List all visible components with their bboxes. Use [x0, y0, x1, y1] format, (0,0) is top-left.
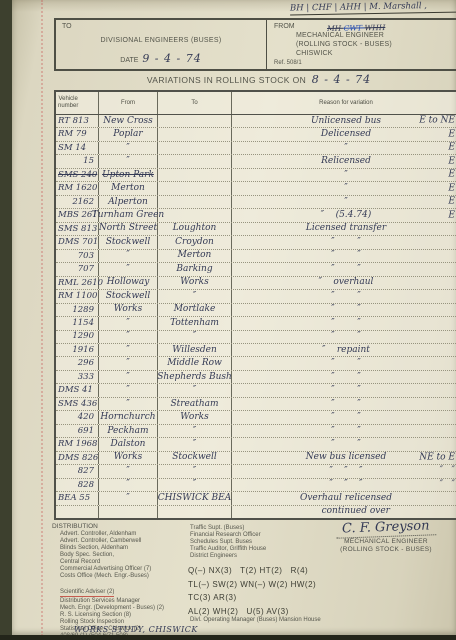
- title-date-handwritten: 8 - 4 - 74: [312, 73, 371, 86]
- garage-code-counts: Q(–) NX(3) T(2) HT(2) R(4)TL(–) SW(2) WN…: [188, 564, 316, 618]
- cell-reason-text: ″ overhaul: [319, 278, 374, 287]
- cell-vehicle-text: RT 813: [58, 117, 89, 126]
- licence-status-note: E: [448, 198, 455, 207]
- recipient-item: Traffic Auditor, Griffith House: [190, 546, 266, 553]
- cell-to-text: Barking: [176, 265, 212, 274]
- cell-reason-text: Delicensed: [321, 130, 371, 139]
- cell-vehicle: 828: [56, 479, 99, 491]
- cell-vehicle-text: 333: [78, 373, 94, 382]
- cell-from: Turnham Green: [99, 209, 158, 221]
- cell-vehicle: 15: [56, 155, 99, 167]
- cell-to: Works: [158, 277, 232, 289]
- table-row: continued over: [56, 506, 456, 518]
- cell-reason-text: ″ ″: [331, 359, 361, 368]
- cell-to: [158, 115, 232, 127]
- cell-from: Poplar: [99, 128, 158, 140]
- cell-vehicle-text: RM 79: [58, 130, 87, 139]
- cell-to: ″: [158, 425, 232, 437]
- cell-from-text: Poplar: [113, 130, 142, 139]
- distribution-items: Advert. Controller, AldenhamAdvert. Cont…: [52, 531, 192, 640]
- cell-vehicle: RT 813: [56, 115, 99, 127]
- cell-from-text: North Street: [99, 224, 157, 233]
- cell-reason-text: New bus licensed: [306, 453, 386, 462]
- cell-vehicle: 333: [56, 371, 99, 383]
- cell-reason: ″ ″: [232, 357, 456, 369]
- cell-vehicle: DMS 701: [56, 236, 99, 248]
- from-line-1: MECHANICAL ENGINEER: [296, 32, 384, 39]
- table-row: 1916″Willesden″ repaint: [56, 344, 456, 357]
- cell-to: [158, 128, 232, 140]
- cell-to-text: ″: [193, 440, 196, 449]
- table-row: 420HornchurchWorks″ ″: [56, 411, 456, 424]
- cell-vehicle-text: 1289: [72, 306, 94, 315]
- cell-to: Tottenham: [158, 317, 232, 329]
- cell-reason-text: ″: [344, 144, 347, 153]
- table-row: 707″Barking″ ″: [56, 263, 456, 276]
- cell-to-text: Loughton: [173, 224, 217, 233]
- cell-reason: RelicensedE: [232, 155, 456, 167]
- cell-vehicle-text: 420: [78, 413, 94, 422]
- cell-reason-text: ″: [344, 184, 347, 193]
- cell-to: Shepherds Bush: [158, 371, 232, 383]
- cell-vehicle: DMS 41: [56, 384, 99, 396]
- cell-from: ″: [99, 357, 158, 369]
- cell-vehicle-text: 703: [78, 252, 94, 261]
- table-row: 1290″″″ ″: [56, 331, 456, 344]
- cell-to: ″: [158, 465, 232, 477]
- cell-from: ″: [99, 479, 158, 491]
- cell-vehicle: 1916: [56, 344, 99, 356]
- cell-from: ″: [99, 250, 158, 262]
- cell-to-text: ″: [193, 427, 196, 436]
- table-row: RM 1620Merton″E: [56, 182, 456, 195]
- cell-reason: ″ ″: [232, 263, 456, 275]
- licence-status-note: E to NE: [419, 117, 455, 126]
- cell-reason-text: ″: [344, 171, 347, 180]
- cell-to-text: Merton: [178, 251, 212, 260]
- cell-vehicle: SMS 436: [56, 398, 99, 410]
- cell-vehicle: 691: [56, 425, 99, 437]
- cell-from: Works: [99, 304, 158, 316]
- table-row: 1289WorksMortlake″ ″: [56, 304, 456, 317]
- cell-from-text: ″: [126, 157, 129, 166]
- table-row: 691Peckham″″ ″: [56, 425, 456, 438]
- cell-to-text: CHISWICK BEA: [158, 494, 231, 503]
- cell-to: Merton: [158, 250, 232, 262]
- garage-code-line: Q(–) NX(3) T(2) HT(2) R(4): [188, 564, 316, 578]
- distribution-item: Costs Office (Mech. Engr.-Buses): [52, 573, 192, 580]
- cell-vehicle: [56, 506, 99, 518]
- cell-vehicle-text: 707: [78, 265, 94, 274]
- distribution-list: DISTRIBUTION Advert. Controller, Aldenha…: [52, 523, 192, 640]
- cell-vehicle-text: RM 1968: [58, 440, 97, 449]
- cell-vehicle: 707: [56, 263, 99, 275]
- cell-reason-text: Relicensed: [321, 157, 371, 166]
- cell-reason: Overhaul relicensed: [232, 492, 456, 504]
- distribution-item: Mech. Engr. (Development - Buses) (2): [52, 605, 192, 612]
- cell-to: Streatham: [158, 398, 232, 410]
- cell-vehicle-text: DMS 41: [58, 386, 93, 395]
- cell-from-text: Works: [114, 453, 142, 462]
- table-header-row: Vehiclenumber From To Reason for variati…: [56, 92, 456, 115]
- cell-from: Holloway: [99, 277, 158, 289]
- cell-from: Works: [99, 452, 158, 464]
- cell-reason: ″ ″: [232, 331, 456, 343]
- table-row: DMS 826WorksStockwellNew bus licensedNE …: [56, 452, 456, 465]
- cell-reason: continued over: [232, 506, 456, 518]
- table-row: 333″Shepherds Bush″ ″: [56, 371, 456, 384]
- cell-to: [158, 182, 232, 194]
- cell-to-text: Works: [180, 278, 208, 287]
- cell-to: [158, 196, 232, 208]
- cell-vehicle: DMS 826: [56, 452, 99, 464]
- cell-reason: ″ ″ ″″ ″: [232, 479, 456, 491]
- cell-from-text: Stockwell: [106, 292, 150, 301]
- cell-vehicle-text: 296: [78, 359, 94, 368]
- column-header-reason: Reason for variation: [232, 92, 456, 114]
- garage-code-line: AL(2) WH(2) U(5) AV(3): [188, 605, 316, 619]
- cell-to: Mortlake: [158, 304, 232, 316]
- distribution-item: Distribution Services Manager: [52, 598, 192, 605]
- distribution-item: R. S. Licensing Section (8): [52, 612, 192, 619]
- cell-reason-text: ″ ″: [331, 251, 361, 260]
- cell-vehicle-text: 828: [78, 481, 94, 490]
- page-title: VARIATIONS IN ROLLING STOCK ON 8 - 4 - 7…: [54, 73, 456, 86]
- table-row: MBS 261Turnham Green″ (5.4.74)E: [56, 209, 456, 222]
- handwritten-works-study: WORKS STUDY, CHISWICK: [74, 625, 198, 634]
- cell-from: ″: [99, 344, 158, 356]
- cell-to: Middle Row: [158, 357, 232, 369]
- column-header-to: To: [158, 92, 232, 114]
- from-line-3: CHISWICK: [296, 50, 333, 57]
- cell-from-text: Stockwell: [106, 238, 150, 247]
- table-row: RM 1100Stockwell″″ ″: [56, 290, 456, 303]
- table-row: 1154″Tottenham″ ″: [56, 317, 456, 330]
- cell-reason: ″ ″: [232, 411, 456, 423]
- cell-from-text: Upton Park: [102, 171, 154, 180]
- rolling-stock-table: Vehiclenumber From To Reason for variati…: [54, 90, 456, 520]
- cell-from-text: ″: [126, 319, 129, 328]
- cell-to: ″: [158, 479, 232, 491]
- date-label: DATE: [120, 57, 138, 64]
- distribution-item: Advert. Controller, Aldenham: [52, 531, 192, 538]
- cell-to-text: ″: [193, 467, 196, 476]
- cell-from: Merton: [99, 182, 158, 194]
- cell-to: Croydon: [158, 236, 232, 248]
- paper-sheet: BH | CHF | AHH | M. Marshall , MH CWT WH…: [12, 0, 456, 636]
- cell-vehicle-text: 15: [83, 157, 94, 166]
- divl-operating-manager-line: Divl. Operating Manager (Buses) Mansion …: [190, 617, 321, 623]
- cell-to: Willesden: [158, 344, 232, 356]
- cell-vehicle-text: 827: [78, 467, 94, 476]
- cell-from: Dalston: [99, 438, 158, 450]
- cell-from-text: ″: [126, 332, 129, 341]
- cell-reason: ″ ″: [232, 290, 456, 302]
- cell-reason: ″ ″: [232, 425, 456, 437]
- cell-reason-text: Unlicensed bus: [311, 117, 381, 126]
- cell-vehicle: 1290: [56, 331, 99, 343]
- cell-to: ″: [158, 384, 232, 396]
- cell-from-text: Turnham Green: [92, 211, 164, 220]
- cell-from-text: ″: [126, 400, 129, 409]
- cell-to: CHISWICK BEA: [158, 492, 232, 504]
- distribution-item: Blinds Section, Aldenham: [52, 545, 192, 552]
- cell-reason: ″ ″: [232, 384, 456, 396]
- table-row: SMS 436″Streatham″ ″: [56, 398, 456, 411]
- table-row: SMS 240Upton Park″E: [56, 169, 456, 182]
- cell-to-text: Willesden: [172, 346, 217, 355]
- cell-from: Stockwell: [99, 236, 158, 248]
- cell-from-text: ″: [126, 346, 129, 355]
- cell-vehicle: SMS 813: [56, 223, 99, 235]
- table-row: 703″Merton″ ″: [56, 250, 456, 263]
- to-label: TO: [62, 23, 72, 30]
- table-row: RM 79PoplarDelicensedE: [56, 128, 456, 141]
- distribution-item: Advert. Controller, Camberwell: [52, 538, 192, 545]
- licence-status-note: E: [448, 130, 455, 139]
- cell-reason-text: ″ ″: [331, 238, 361, 247]
- cell-reason: ″E: [232, 169, 456, 181]
- cell-from-text: Peckham: [107, 427, 148, 436]
- cell-to-text: Stockwell: [172, 453, 216, 462]
- cell-to: Works: [158, 411, 232, 423]
- cell-to-text: ″: [193, 332, 196, 341]
- cell-vehicle: RML 2610: [56, 277, 99, 289]
- cell-to: ″: [158, 290, 232, 302]
- cell-vehicle-text: 1916: [72, 346, 94, 355]
- recipient-item: Financial Research Officer: [190, 532, 266, 539]
- from-line-2: (ROLLING STOCK - BUSES): [296, 41, 392, 48]
- cell-reason-text: ″ repaint: [322, 346, 370, 355]
- cell-reason: ″E: [232, 182, 456, 194]
- table-row: BEA 55″CHISWICK BEAOverhaul relicensed: [56, 492, 456, 505]
- table-row: DMS 701StockwellCroydon″ ″: [56, 236, 456, 249]
- licence-status-note: E: [448, 211, 455, 220]
- cell-reason-text: ″ ″: [331, 373, 361, 382]
- cell-vehicle: RM 1968: [56, 438, 99, 450]
- table-row: 828″″″ ″ ″″ ″: [56, 479, 456, 492]
- cell-reason-text: ″ ″: [331, 400, 361, 409]
- distribution-item: Body Spec. Section,: [52, 552, 192, 559]
- cell-from-text: ″: [126, 386, 129, 395]
- cell-reason: ″E: [232, 196, 456, 208]
- licence-status-note: ″ ″: [440, 480, 455, 489]
- cell-reason-text: ″ ″: [331, 413, 361, 422]
- cell-from-text: ″: [126, 144, 129, 153]
- cell-from: Upton Park: [99, 169, 158, 181]
- cell-from: ″: [99, 371, 158, 383]
- cell-reason: New bus licensedNE to E: [232, 452, 456, 464]
- cell-vehicle-text: RM 1620: [58, 184, 97, 193]
- cell-from-text: Alperton: [108, 198, 148, 207]
- cell-reason: ″ ″ ″″ ″: [232, 465, 456, 477]
- cell-from: Peckham: [99, 425, 158, 437]
- cell-reason-text: ″ ″: [331, 265, 361, 274]
- licence-status-note: E: [448, 144, 455, 153]
- recipient-item: Traffic Supt. (Buses): [190, 525, 266, 532]
- cell-from: ″: [99, 465, 158, 477]
- cell-to-text: ″: [193, 480, 196, 489]
- cell-from: ″: [99, 155, 158, 167]
- cell-vehicle-text: DMS 826: [58, 454, 98, 463]
- licence-status-note: ″ ″: [440, 467, 455, 476]
- column-header-vehicle: Vehiclenumber: [56, 92, 99, 114]
- licence-status-note: E: [448, 157, 455, 166]
- licence-status-note: NE to E: [419, 453, 455, 462]
- signatory-title-2: (ROLLING STOCK - BUSES): [308, 546, 456, 553]
- cell-reason-text: ″ ″: [331, 319, 361, 328]
- cell-reason-text: ″ ″: [331, 292, 361, 301]
- table-row: SM 14″″E: [56, 142, 456, 155]
- cell-from: ″: [99, 331, 158, 343]
- cell-from: ″: [99, 263, 158, 275]
- signatory-title-1: MECHANICAL ENGINEER: [308, 538, 456, 545]
- cell-vehicle-text: SMS 436: [58, 400, 97, 409]
- cell-from: ″: [99, 142, 158, 154]
- cell-reason-text: Licensed transfer: [306, 224, 386, 233]
- margin-guide-line: [41, 0, 43, 636]
- table-body: RT 813New CrossUnlicensed busE to NERM 7…: [56, 115, 456, 518]
- cell-reason-text: ″ (5.4.74): [321, 211, 371, 220]
- cell-from-text: Hornchurch: [100, 413, 155, 422]
- table-row: DMS 41″″″ ″: [56, 384, 456, 397]
- distribution-item: Commercial Advertising Officer (7): [52, 566, 192, 573]
- recipient-item: District Engineers: [190, 553, 266, 560]
- cell-to: [158, 209, 232, 221]
- cell-from: Stockwell: [99, 290, 158, 302]
- scan-bottom-edge: [0, 635, 456, 640]
- cell-reason: ″ repaint: [232, 344, 456, 356]
- cell-vehicle-text: RM 1100: [58, 292, 97, 301]
- date-line: DATE 9 - 4 - 74: [56, 52, 266, 65]
- cell-vehicle: SM 14: [56, 142, 99, 154]
- distribution-item: Central Record: [52, 559, 192, 566]
- cell-from-text: ″: [126, 480, 129, 489]
- cell-vehicle-text: 1154: [72, 319, 94, 328]
- table-row: RT 813New CrossUnlicensed busE to NE: [56, 115, 456, 128]
- cell-vehicle: SMS 240: [56, 169, 99, 181]
- scanned-document: BH | CHF | AHH | M. Marshall , MH CWT WH…: [0, 0, 456, 640]
- cell-reason: ″ ″: [232, 317, 456, 329]
- cell-vehicle-text: DMS 701: [58, 238, 98, 247]
- cell-reason-text: continued over: [322, 507, 390, 516]
- cell-reason: ″ (5.4.74)E: [232, 209, 456, 221]
- cell-reason: Unlicensed busE to NE: [232, 115, 456, 127]
- cell-vehicle-text: SMS 813: [58, 225, 97, 234]
- cell-from: New Cross: [99, 115, 158, 127]
- table-row: 15″RelicensedE: [56, 155, 456, 168]
- cell-vehicle: 1154: [56, 317, 99, 329]
- distribution-item: Scientific Adviser (2): [60, 589, 114, 597]
- cell-to: [158, 142, 232, 154]
- cell-vehicle: RM 1100: [56, 290, 99, 302]
- cell-vehicle: 827: [56, 465, 99, 477]
- title-printed: VARIATIONS IN ROLLING STOCK ON: [147, 75, 306, 85]
- cell-to: Stockwell: [158, 452, 232, 464]
- cell-reason-text: ″: [344, 198, 347, 207]
- cell-to-text: Middle Row: [167, 359, 222, 368]
- cell-vehicle-text: RML 2610: [58, 279, 103, 288]
- cell-to: [158, 169, 232, 181]
- cell-to-text: Streatham: [170, 400, 218, 409]
- cell-vehicle-text: BEA 55: [58, 494, 90, 503]
- table-row: 827″″″ ″ ″″ ″: [56, 465, 456, 478]
- cell-to-text: Mortlake: [174, 305, 216, 314]
- licence-status-note: E: [448, 184, 455, 193]
- cell-vehicle-text: 2162: [72, 198, 94, 207]
- cell-to: Barking: [158, 263, 232, 275]
- header-divider: [266, 20, 267, 69]
- cell-from-text: ″: [126, 251, 129, 260]
- cell-from: ″: [99, 492, 158, 504]
- cell-to-text: Shepherds Bush: [157, 373, 232, 382]
- cell-from-text: ″: [126, 467, 129, 476]
- cell-vehicle: RM 79: [56, 128, 99, 140]
- cell-reason: ″ ″: [232, 304, 456, 316]
- cell-reason-text: Overhaul relicensed: [300, 494, 392, 503]
- cell-to-text: Tottenham: [170, 319, 219, 328]
- cell-to: [158, 506, 232, 518]
- cell-from: Hornchurch: [99, 411, 158, 423]
- cell-from-text: Works: [114, 305, 142, 314]
- cell-from-text: ″: [126, 494, 129, 503]
- cell-to-text: Croydon: [175, 238, 214, 247]
- cell-vehicle-text: 691: [78, 427, 94, 436]
- cell-vehicle: RM 1620: [56, 182, 99, 194]
- cell-to-text: ″: [193, 292, 196, 301]
- cell-from: ″: [99, 317, 158, 329]
- cell-from: Alperton: [99, 196, 158, 208]
- cell-vehicle: BEA 55: [56, 492, 99, 504]
- cell-reason-text: ″ ″: [331, 427, 361, 436]
- cell-vehicle-text: SMS 240: [58, 171, 97, 180]
- cell-from-text: Dalston: [111, 440, 146, 449]
- cell-to: [158, 155, 232, 167]
- cell-to-text: ″: [193, 386, 196, 395]
- date-handwritten: 9 - 4 - 74: [142, 52, 201, 65]
- signature-block: C. F. Greyson MECHANICAL ENGINEER (ROLLI…: [308, 518, 456, 553]
- from-label: FROM: [274, 23, 295, 30]
- cell-from: North Street: [99, 223, 158, 235]
- cell-to: Loughton: [158, 223, 232, 235]
- table-row: RML 2610HollowayWorks″ overhaul: [56, 277, 456, 290]
- cell-reason: ″ ″: [232, 250, 456, 262]
- cell-reason: ″ ″: [232, 438, 456, 450]
- signature: C. F. Greyson: [336, 518, 436, 538]
- table-row: 296″Middle Row″ ″: [56, 357, 456, 370]
- cell-reason: DelicensedE: [232, 128, 456, 140]
- table-row: RM 1968Dalston″″ ″: [56, 438, 456, 451]
- cell-to-text: Works: [180, 413, 208, 422]
- cell-vehicle: 703: [56, 250, 99, 262]
- reference-number: Ref. 508/1: [274, 60, 302, 66]
- cell-reason-text: ″ ″: [331, 440, 361, 449]
- cell-from-text: New Cross: [103, 117, 153, 126]
- garage-code-line: TL(–) SW(2) WN(–) W(2) HW(2): [188, 578, 316, 592]
- cell-reason: Licensed transfer: [232, 223, 456, 235]
- cell-reason: ″ ″: [232, 398, 456, 410]
- cell-from-text: Merton: [111, 184, 145, 193]
- cell-to: ″: [158, 331, 232, 343]
- cell-vehicle: 420: [56, 411, 99, 423]
- cell-reason: ″ overhaul: [232, 277, 456, 289]
- cell-from-text: Holloway: [107, 278, 150, 287]
- cell-reason-text: ″ ″: [331, 305, 361, 314]
- table-row: 2162Alperton″E: [56, 196, 456, 209]
- cell-reason: ″ ″: [232, 371, 456, 383]
- cell-vehicle: 296: [56, 357, 99, 369]
- header-box: TO DIVISIONAL ENGINEERS (BUSES) DATE 9 -…: [54, 18, 456, 71]
